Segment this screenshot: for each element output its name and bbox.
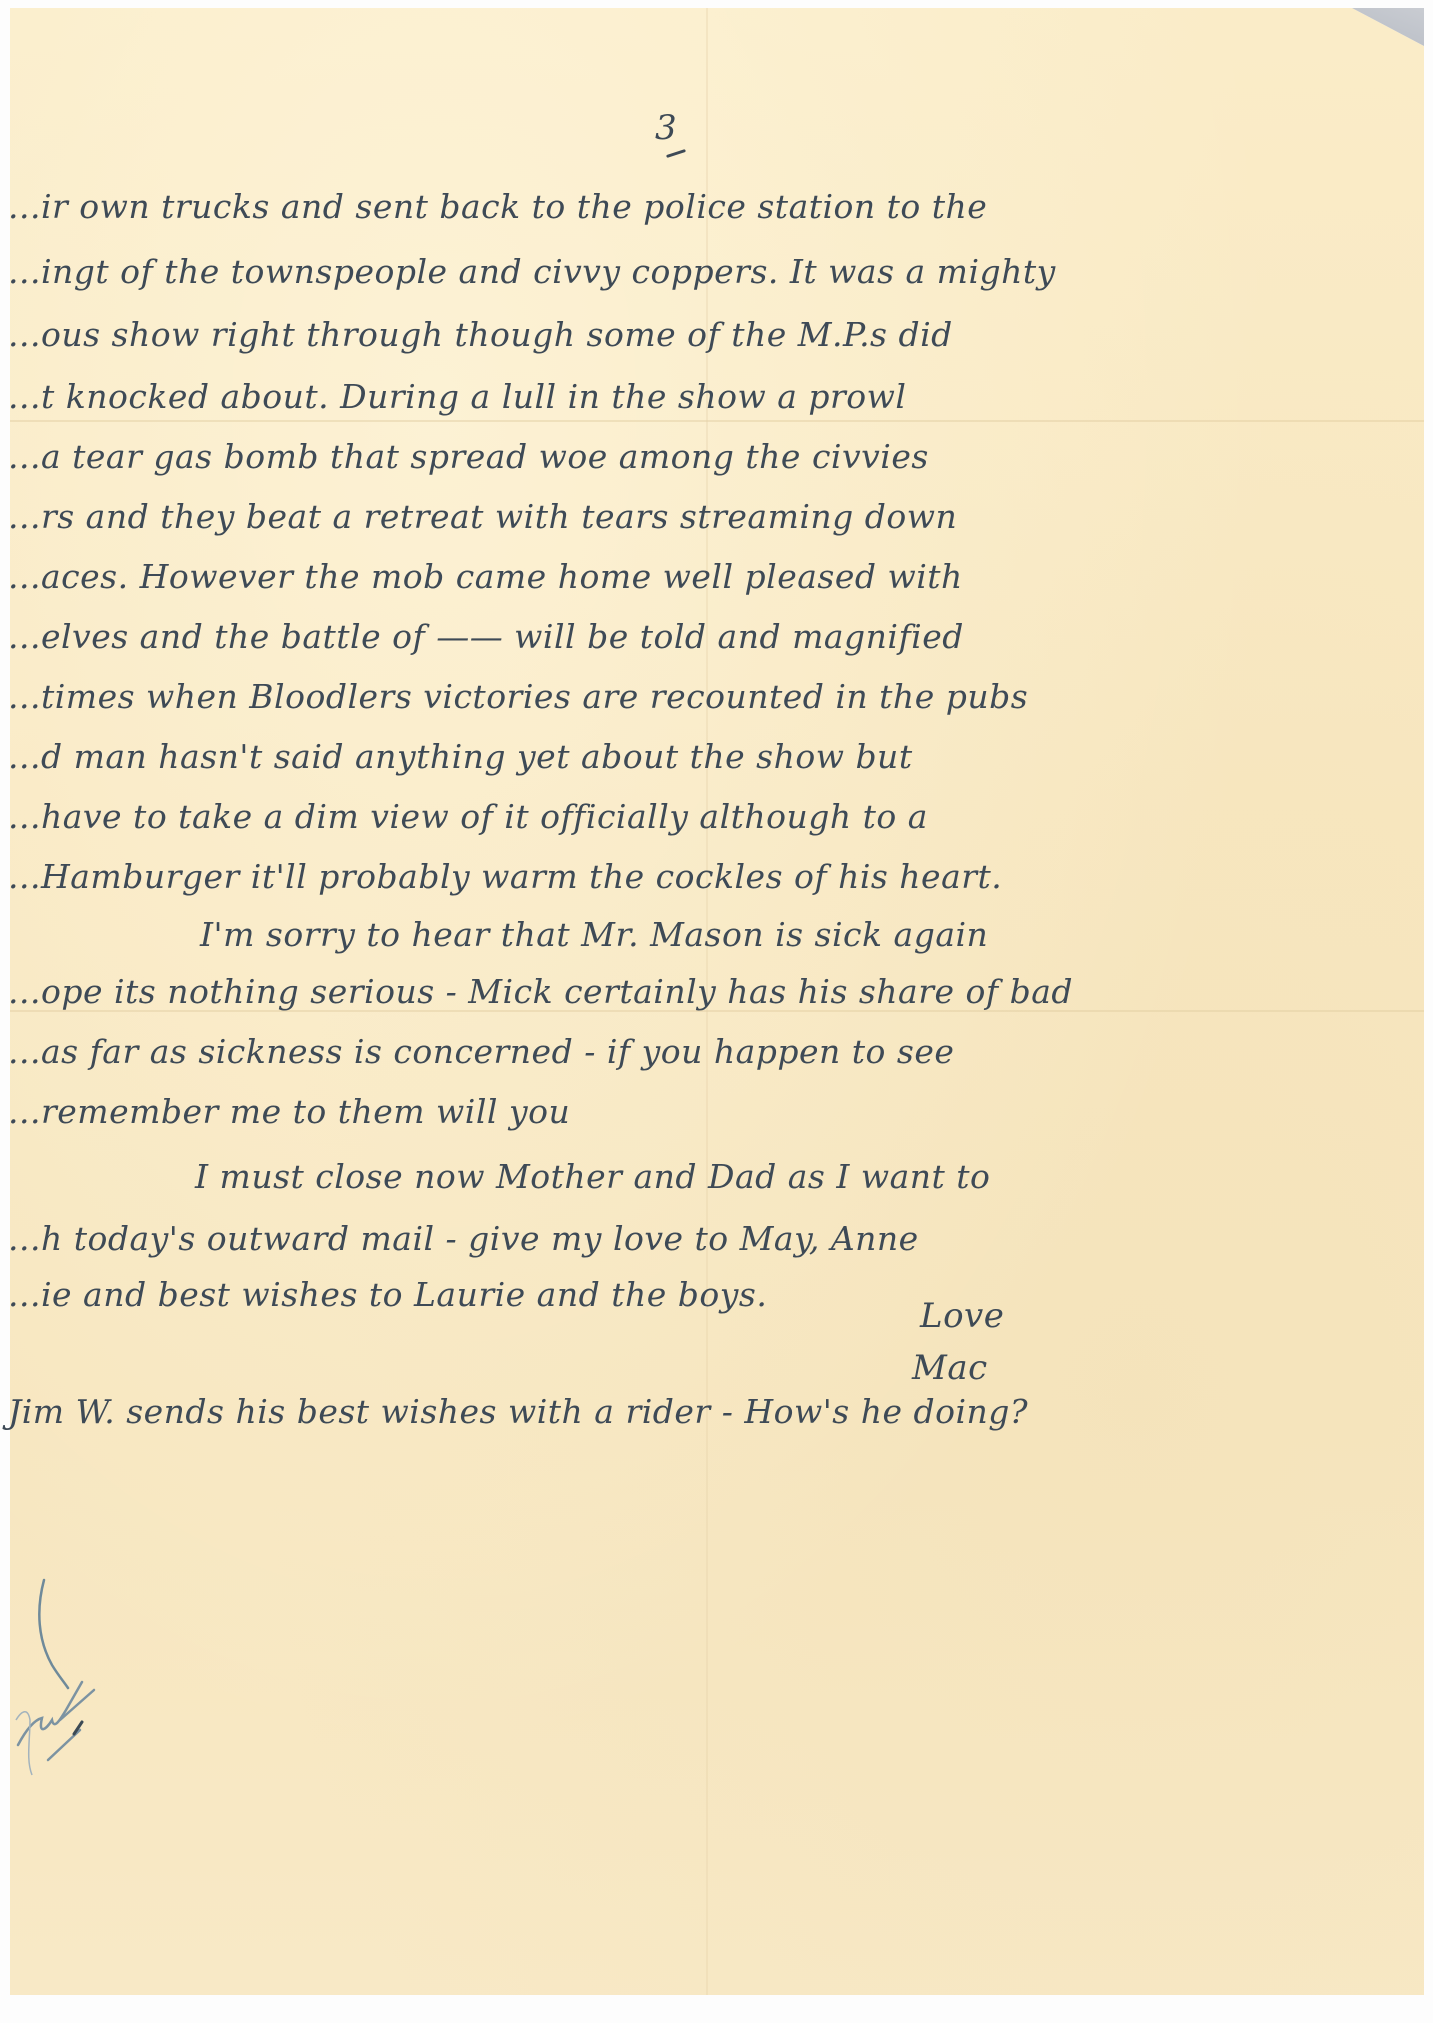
- body-line: ...aces. However the mob came home well …: [8, 560, 963, 593]
- body-line: ...a tear gas bomb that spread woe among…: [8, 440, 929, 473]
- signature: Mac: [912, 1348, 988, 1388]
- body-line: ...as far as sickness is concerned - if …: [8, 1035, 954, 1068]
- paper-crease: [10, 420, 1424, 422]
- closing: Love: [920, 1296, 1004, 1336]
- body-line: I'm sorry to hear that Mr. Mason is sick…: [200, 918, 988, 951]
- body-line: ...elves and the battle of —— will be to…: [8, 620, 964, 653]
- body-line: ...remember me to them will you: [8, 1095, 570, 1128]
- body-line: ...ope its nothing serious - Mick certai…: [8, 975, 1073, 1008]
- body-line: ...times when Bloodlers victories are re…: [8, 680, 1028, 713]
- body-line: I must close now Mother and Dad as I wan…: [195, 1160, 990, 1193]
- body-line: ...have to take a dim view of it officia…: [8, 800, 928, 833]
- body-line: ...rs and they beat a retreat with tears…: [8, 500, 957, 533]
- body-line: ...h today's outward mail - give my love…: [8, 1222, 919, 1255]
- body-line: ...ous show right through though some of…: [8, 318, 953, 351]
- body-line: ...t knocked about. During a lull in the…: [8, 380, 906, 413]
- body-line: ...ingt of the townspeople and civvy cop…: [8, 255, 1056, 288]
- postscript: Jim W. sends his best wishes with a ride…: [8, 1392, 1028, 1431]
- page-number: 3: [655, 108, 677, 148]
- body-line: ...ir own trucks and sent back to the po…: [8, 190, 987, 223]
- body-line: ...Hamburger it'll probably warm the coc…: [8, 860, 1002, 893]
- body-line: ...ie and best wishes to Laurie and the …: [8, 1278, 767, 1311]
- pencil-scribble-icon: [8, 1570, 98, 1790]
- body-line: ...d man hasn't said anything yet about …: [8, 740, 913, 773]
